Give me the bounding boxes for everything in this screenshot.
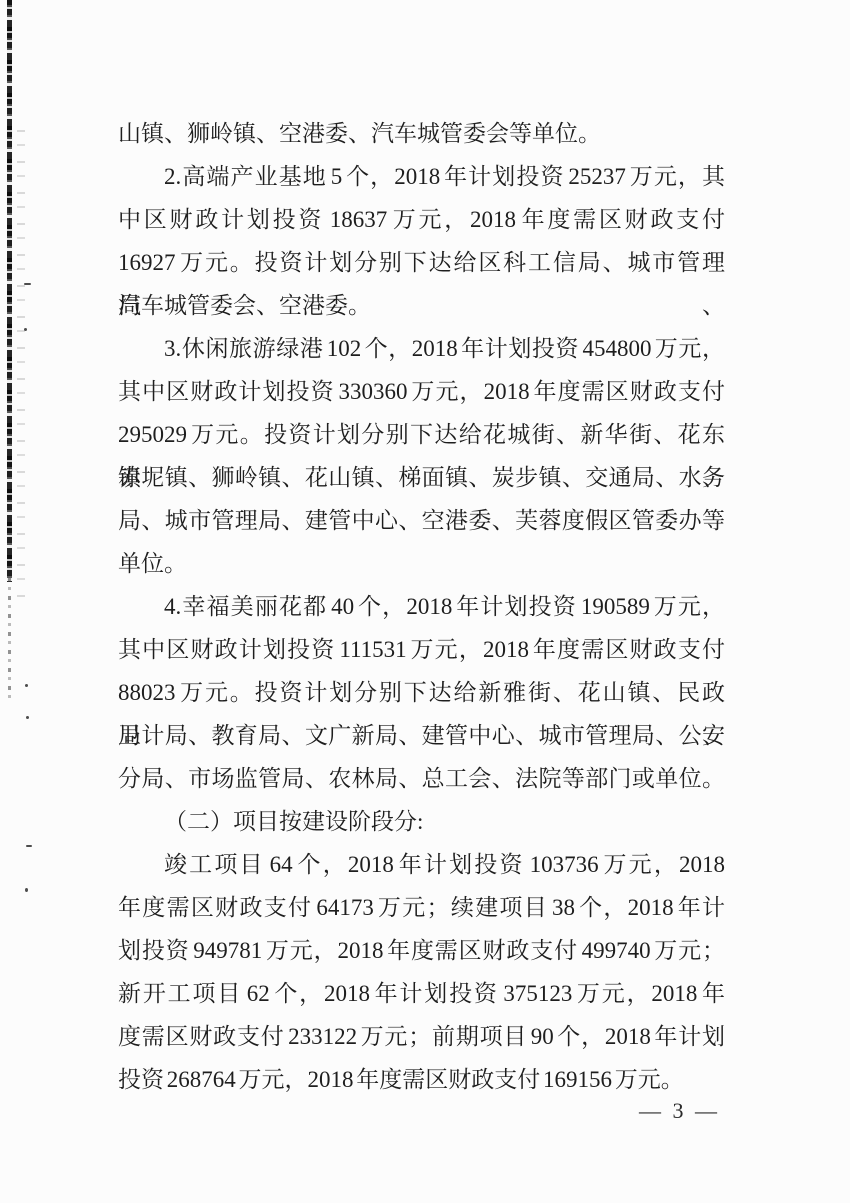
text-line: 年度需区财政支付 64173 万元；续建项目 38 个，2018 年计 (118, 886, 725, 929)
page-number: — 3 — (639, 1096, 720, 1126)
text-line: 其中区财政计划投资 330360 万元，2018 年度需区财政支付 (118, 370, 725, 413)
text-line: 295029 万元。投资计划分别下达给花城街、新华街、花东镇、 (118, 413, 725, 456)
text-line: 新开工项目 62 个，2018 年计划投资 375123 万元，2018 年 (118, 972, 725, 1015)
scan-edge-artifact (7, 0, 12, 582)
text-line: 赤坭镇、狮岭镇、花山镇、梯面镇、炭步镇、交通局、水务 (118, 456, 725, 499)
text-line: 局、城市管理局、建管中心、空港委、芙蓉度假区管委办等 (118, 499, 725, 542)
scan-noise-dots (17, 130, 25, 600)
text-line: 卫计局、教育局、文广新局、建管中心、城市管理局、公安 (118, 714, 725, 757)
text-line: 16927 万元。投资计划分别下达给区科工信局、城市管理局、 (118, 241, 725, 284)
text-line: 中区财政计划投资 18637 万元，2018 年度需区财政支付 (118, 198, 725, 241)
scan-edge-artifact-tail (8, 578, 11, 700)
text-line: 投资 268764 万元，2018 年度需区财政支付 169156 万元。 (118, 1058, 725, 1101)
text-line: 度需区财政支付 233122 万元；前期项目 90 个，2018 年计划 (118, 1015, 725, 1058)
text-line: 山镇、狮岭镇、空港委、汽车城管委会等单位。 (118, 112, 725, 155)
text-line: 4.幸福美丽花都 40 个，2018 年计划投资 190589 万元， (118, 585, 725, 628)
text-line: （二）项目按建设阶段分: (118, 800, 725, 843)
scanned-document-page: 山镇、狮岭镇、空港委、汽车城管委会等单位。 2.高端产业基地 5 个，2018 … (0, 0, 850, 1203)
scan-speck (24, 283, 31, 285)
text-line: 单位。 (118, 542, 725, 585)
scan-speck (25, 684, 28, 687)
text-line: 划投资 949781 万元，2018 年度需区财政支付 499740 万元； (118, 929, 725, 972)
document-body: 山镇、狮岭镇、空港委、汽车城管委会等单位。 2.高端产业基地 5 个，2018 … (118, 112, 725, 1101)
text-line: 3.休闲旅游绿港 102 个，2018 年计划投资 454800 万元， (118, 327, 725, 370)
text-line: 竣工项目 64 个，2018 年计划投资 103736 万元，2018 (118, 843, 725, 886)
text-line: 分局、市场监管局、农林局、总工会、法院等部门或单位。 (118, 757, 725, 800)
scan-speck (26, 845, 32, 847)
text-line: 2.高端产业基地 5 个，2018 年计划投资 25237 万元，其 (118, 155, 725, 198)
text-line: 88023 万元。投资计划分别下达给新雅街、花山镇、民政局、 (118, 671, 725, 714)
scan-speck (25, 888, 28, 892)
scan-speck (24, 328, 27, 331)
text-line: 其中区财政计划投资 111531 万元，2018 年度需区财政支付 (118, 628, 725, 671)
scan-speck (26, 716, 29, 719)
